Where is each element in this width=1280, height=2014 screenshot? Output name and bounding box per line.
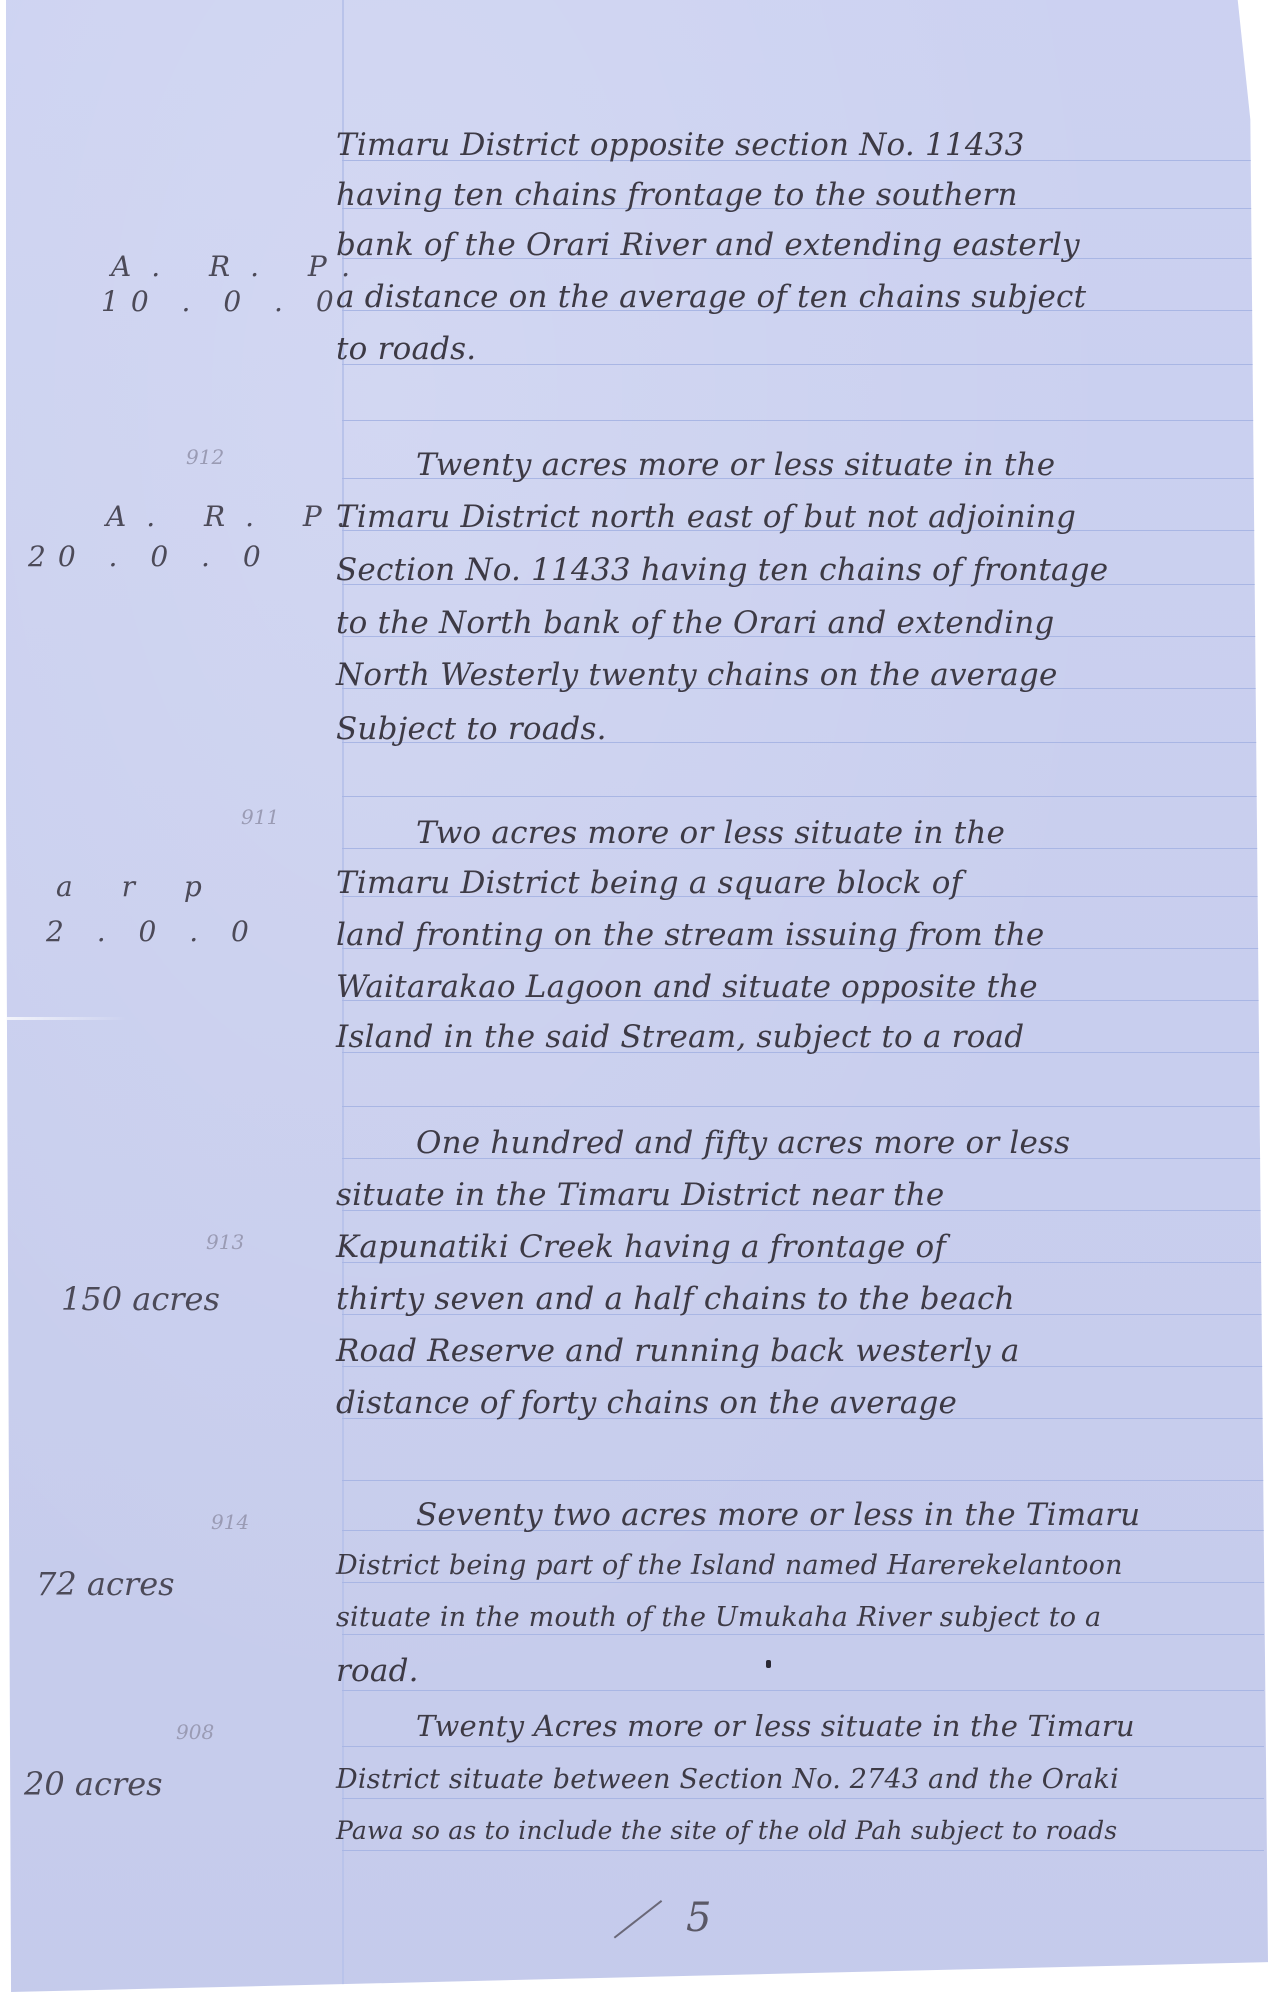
area-value: 10 . 0 . 0 bbox=[101, 285, 346, 318]
entry-text-line: to the North bank of the Orari and exten… bbox=[336, 608, 1248, 639]
area-value: 2 . 0 . 0 bbox=[46, 915, 261, 948]
area-value: 150 acres bbox=[61, 1280, 220, 1318]
entry-text-line: road. bbox=[336, 1656, 1248, 1687]
ruled-line bbox=[342, 1582, 1264, 1583]
entry-text-line: Subject to roads. bbox=[336, 714, 1248, 745]
ruled-line bbox=[342, 1480, 1264, 1481]
ruled-line bbox=[342, 1690, 1264, 1691]
page-number: 5 bbox=[686, 1895, 711, 1941]
paper-fold bbox=[6, 1017, 126, 1020]
entry-text-line: Two acres more or less situate in the bbox=[336, 818, 1248, 849]
ruled-line bbox=[342, 1746, 1264, 1747]
entry-text-line: Island in the said Stream, subject to a … bbox=[336, 1022, 1248, 1053]
area-column-header: a r p bbox=[56, 870, 222, 903]
ink-blot bbox=[766, 1660, 771, 1668]
entry-text-line: Section No. 11433 having ten chains of f… bbox=[336, 555, 1248, 586]
entry-text-line: a distance on the average of ten chains … bbox=[336, 282, 1248, 313]
entry-text-line: situate in the Timaru District near the bbox=[336, 1180, 1248, 1211]
entry-text-line: Road Reserve and running back westerly a bbox=[336, 1336, 1248, 1367]
entry-text-line: Timaru District opposite section No. 114… bbox=[336, 130, 1248, 161]
area-value: 20 acres bbox=[24, 1765, 163, 1803]
pencil-reference-note: 913 bbox=[206, 1230, 244, 1254]
manuscript-page: A. R. P. 10 . 0 . 0 Timaru District oppo… bbox=[6, 0, 1268, 1992]
area-value: 72 acres bbox=[36, 1565, 175, 1603]
entry-text-line: land fronting on the stream issuing from… bbox=[336, 920, 1248, 951]
pencil-reference-note: 912 bbox=[186, 445, 224, 469]
ruled-line bbox=[342, 1106, 1264, 1107]
entry-text-line: bank of the Orari River and extending ea… bbox=[336, 230, 1248, 261]
ruled-line bbox=[342, 1634, 1264, 1635]
entry-text-line: One hundred and fifty acres more or less bbox=[336, 1128, 1248, 1159]
entry-text-line: Twenty Acres more or less situate in the… bbox=[336, 1712, 1248, 1741]
pencil-reference-note: 914 bbox=[211, 1510, 249, 1534]
ruled-line bbox=[342, 1798, 1264, 1799]
entry-text-line: Twenty acres more or less situate in the bbox=[336, 450, 1248, 481]
entry-text-line: District situate between Section No. 274… bbox=[336, 1766, 1248, 1793]
entry-text-line: Pawa so as to include the site of the ol… bbox=[336, 1818, 1248, 1843]
pencil-reference-note: 911 bbox=[241, 805, 279, 829]
entry-text-line: Timaru District north east of but not ad… bbox=[336, 502, 1248, 533]
area-column-header: A. R. P. bbox=[111, 250, 370, 283]
area-column-header: A. R. P. bbox=[106, 500, 365, 533]
entry-text-line: District being part of the Island named … bbox=[336, 1552, 1248, 1579]
entry-text-line: Seventy two acres more or less in the Ti… bbox=[336, 1500, 1248, 1531]
entry-text-line: Timaru District being a square block of bbox=[336, 868, 1248, 899]
ruled-line bbox=[342, 796, 1264, 797]
page-number-mark bbox=[614, 1900, 663, 1939]
entry-text-line: distance of forty chains on the average bbox=[336, 1388, 1248, 1419]
ruled-line bbox=[342, 1850, 1264, 1851]
entry-text-line: situate in the mouth of the Umukaha Rive… bbox=[336, 1604, 1248, 1631]
area-value: 20 . 0 . 0 bbox=[28, 540, 273, 573]
ruled-line bbox=[342, 420, 1264, 421]
pencil-reference-note: 908 bbox=[176, 1720, 214, 1744]
entry-text-line: Kapunatiki Creek having a frontage of bbox=[336, 1232, 1248, 1263]
entry-text-line: to roads. bbox=[336, 334, 1248, 365]
entry-text-line: having ten chains frontage to the southe… bbox=[336, 180, 1248, 211]
entry-text-line: thirty seven and a half chains to the be… bbox=[336, 1284, 1248, 1315]
entry-text-line: Waitarakao Lagoon and situate opposite t… bbox=[336, 972, 1248, 1003]
entry-text-line: North Westerly twenty chains on the aver… bbox=[336, 660, 1248, 691]
